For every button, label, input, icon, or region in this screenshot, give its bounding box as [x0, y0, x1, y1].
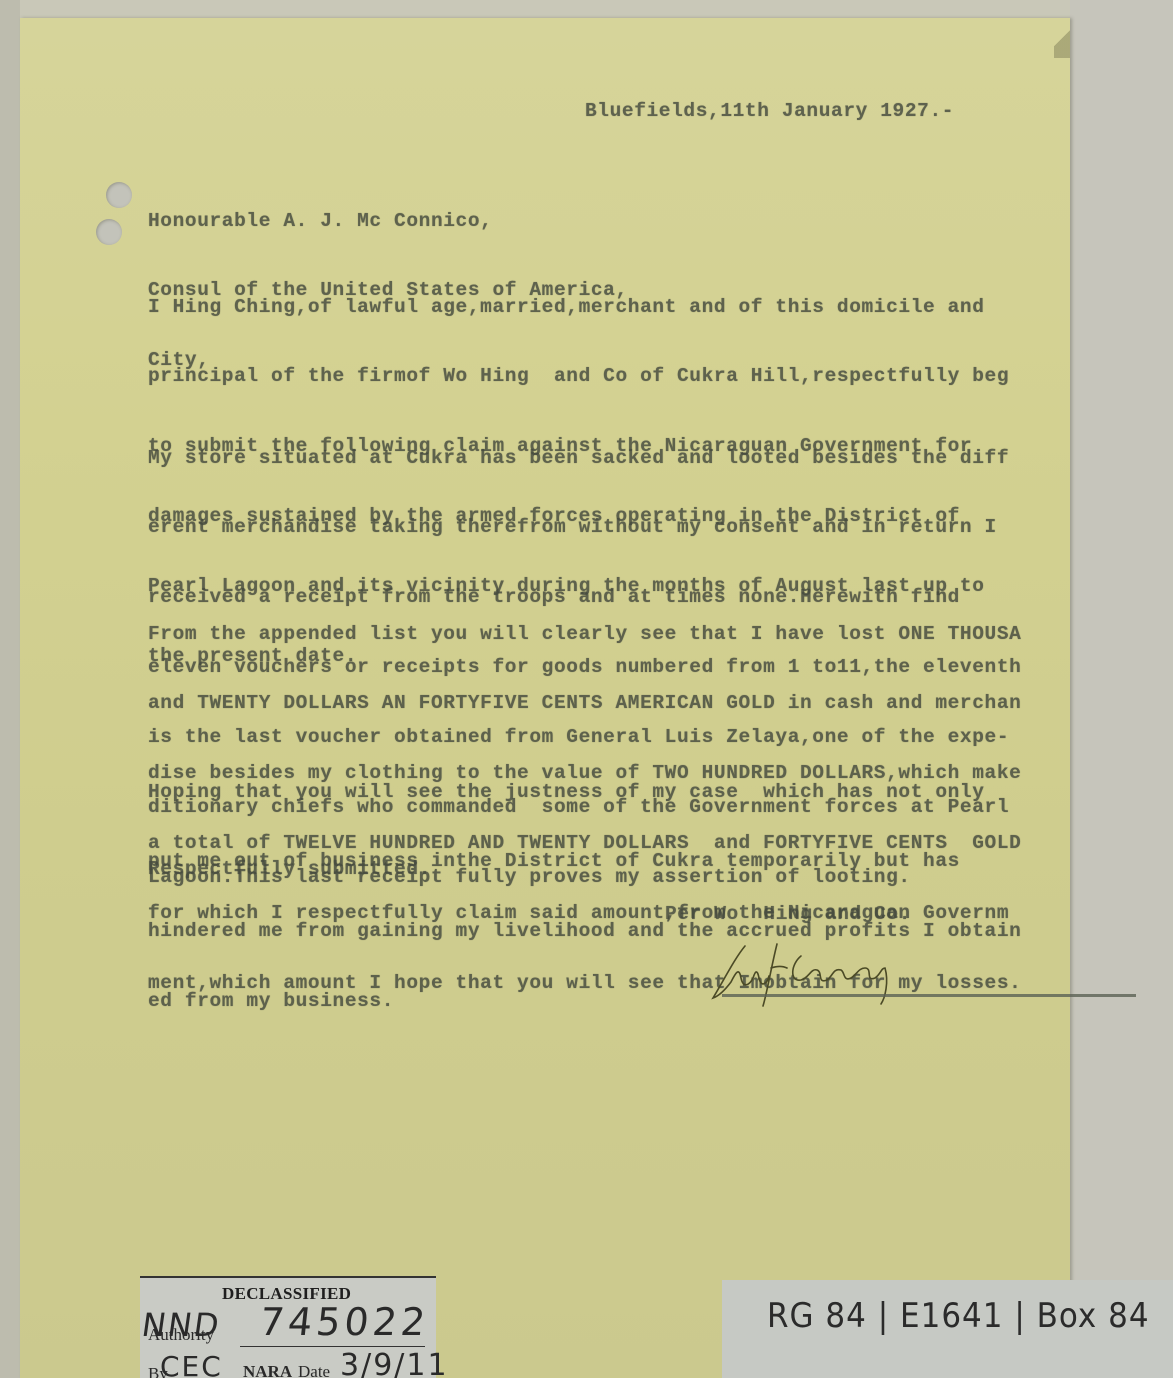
archive-reference: RG 84 | E1641 | Box 84	[767, 1296, 1150, 1336]
address-line: Honourable A. J. Mc Connico,	[148, 210, 628, 233]
text-line: erent merchandise taking therefrom witho…	[148, 516, 1021, 539]
text-line: principal of the firmof Wo Hing and Co o…	[148, 365, 1009, 388]
authority-number: 745022	[258, 1300, 432, 1344]
text-line: I Hing Ching,of lawful age,married,merch…	[148, 296, 1009, 319]
archive-reference-card: RG 84 | E1641 | Box 84	[722, 1280, 1173, 1378]
firm-line: Per Wo Hing and Co.	[665, 903, 911, 926]
declassification-date: 3/9/11	[340, 1348, 449, 1378]
text-line: Hoping that you will see the justness of…	[148, 781, 1021, 804]
reviewer-initials: CEC	[160, 1350, 223, 1378]
authority-rule	[240, 1346, 425, 1347]
punch-hole-icon	[106, 182, 132, 208]
text-line: and TWENTY DOLLARS AN FORTYFIVE CENTS AM…	[148, 692, 1021, 715]
agency-label: NARA	[243, 1362, 292, 1378]
signature-rule	[722, 994, 1136, 997]
scanner-background-right	[1070, 0, 1173, 1378]
punch-hole-icon	[96, 219, 122, 245]
date-label: Date	[298, 1362, 330, 1378]
closing-line: Respectfully submitted.	[148, 858, 431, 881]
declassification-stamp: DECLASSIFIED NND 745022 Authority By CEC…	[140, 1276, 436, 1378]
letter-date: Bluefields,11th January 1927.-	[585, 100, 954, 123]
text-line: My store situated at Cukra has been sack…	[148, 447, 1021, 470]
handwritten-signature-icon	[705, 938, 935, 1008]
text-line: From the appended list you will clearly …	[148, 623, 1021, 646]
scanner-background-left	[0, 0, 20, 1378]
authority-label: Authority	[148, 1325, 214, 1345]
